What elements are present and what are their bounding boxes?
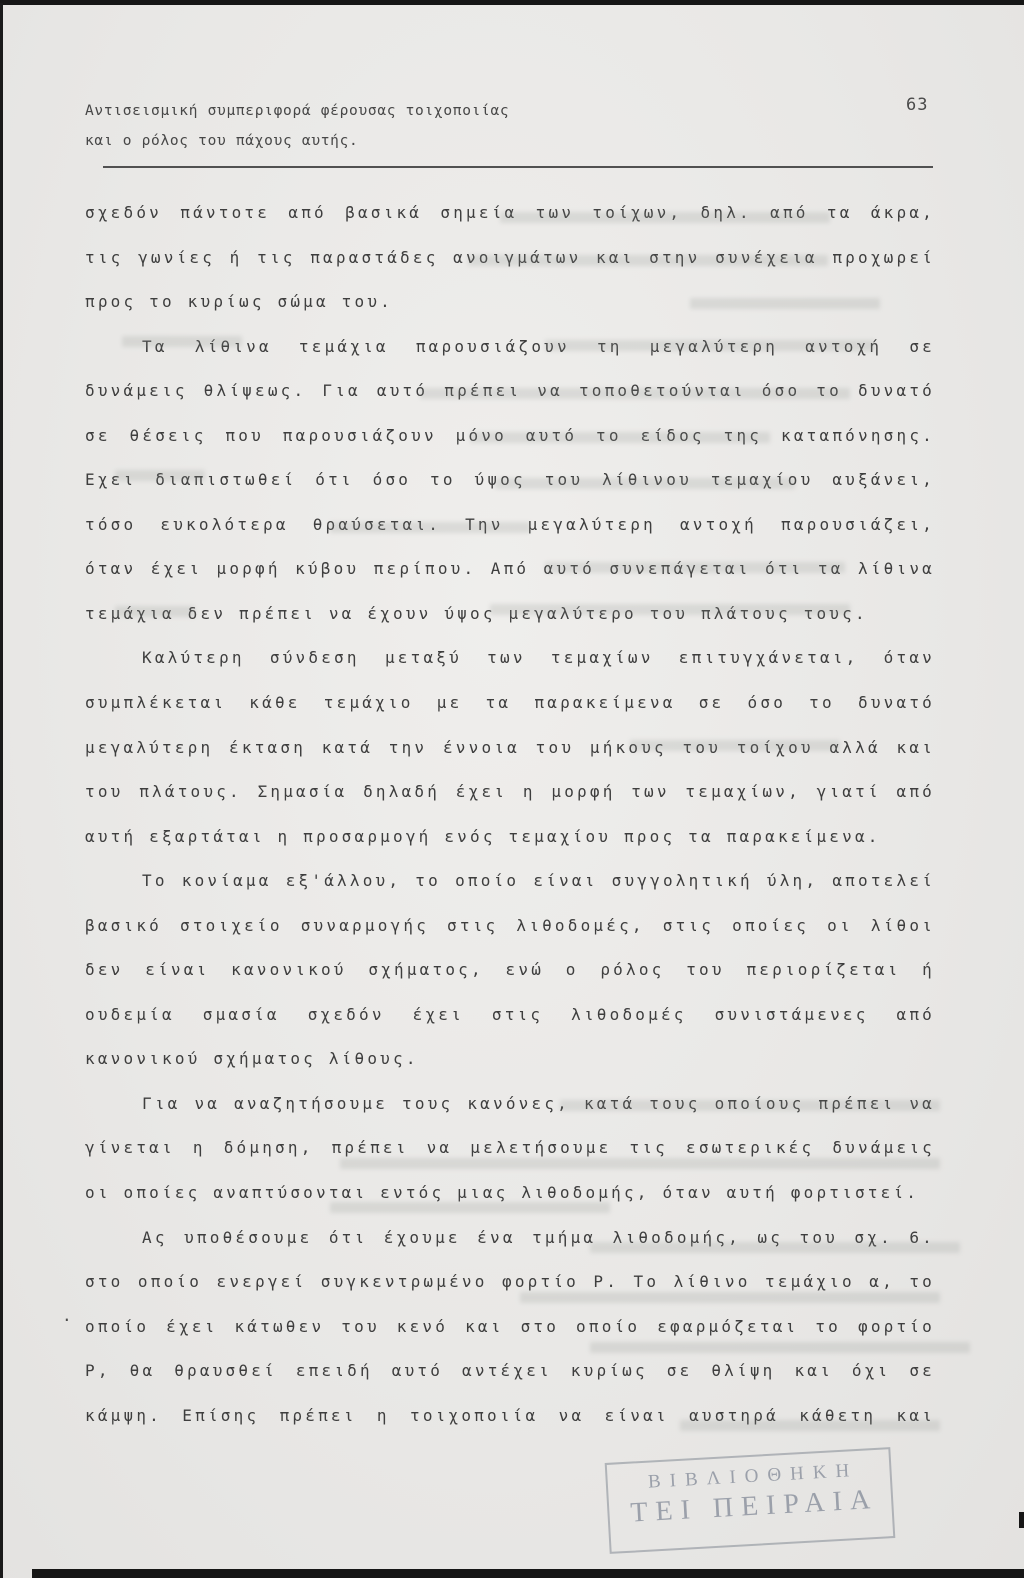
text-line: τόσο ευκολότερα θραύσεται. Την μεγαλύτερ… — [85, 503, 935, 548]
text-line: κάμψη. Επίσης πρέπει η τοιχοποιία να είν… — [85, 1394, 935, 1439]
stray-ink-mark: . — [62, 1306, 72, 1325]
scan-edge-top — [0, 0, 1024, 5]
text-line: δεν είναι κανονικού σχήματος, ενώ ο ρόλο… — [85, 948, 935, 993]
header-line-2: και ο ρόλος του πάχους αυτής. — [85, 126, 509, 156]
text-line: σε θέσεις που παρουσιάζουν μόνο αυτό το … — [85, 414, 935, 459]
text-line: τις γωνίες ή τις παραστάδες ανοιγμάτων κ… — [85, 236, 935, 281]
scan-edge-left — [0, 3, 3, 1578]
text-line: όταν έχει μορφή κύβου περίπου. Από αυτό … — [85, 547, 935, 592]
text-line: κανονικού σχήματος λίθους. — [85, 1037, 935, 1082]
text-line: Εχει διαπιστωθεί ότι όσο το ύψος του λίθ… — [85, 458, 935, 503]
text-line: σχεδόν πάντοτε από βασικά σημεία των τοί… — [85, 191, 935, 236]
text-line: συμπλέκεται κάθε τεμάχιο με τα παρακείμε… — [85, 681, 935, 726]
text-line: τεμάχια δεν πρέπει να έχουν ύψος μεγαλύτ… — [85, 592, 935, 637]
header-line-1: Αντισεισμική συμπεριφορά φέρουσας τοιχοπ… — [85, 96, 509, 126]
text-line: Ας υποθέσουμε ότι έχουμε ένα τμήμα λιθοδ… — [85, 1216, 935, 1261]
text-line: του πλάτους. Σημασία δηλαδή έχει η μορφή… — [85, 770, 935, 815]
text-line: στο οποίο ενεργεί συγκεντρωμένο φορτίο P… — [85, 1260, 935, 1305]
body-text: σχεδόν πάντοτε από βασικά σημεία των τοί… — [85, 191, 935, 1438]
text-line: Τα λίθινα τεμάχια παρουσιάζουν τη μεγαλύ… — [85, 325, 935, 370]
scan-edge-bottom — [32, 1569, 1024, 1578]
text-line: ουδεμία σμασία σχεδόν έχει στις λιθοδομέ… — [85, 993, 935, 1038]
scanned-document-page: Αντισεισμική συμπεριφορά φέρουσας τοιχοπ… — [0, 0, 1024, 1578]
text-line: γίνεται η δόμηση, πρέπει να μελετήσουμε … — [85, 1126, 935, 1171]
text-line: Για να αναζητήσουμε τους κανόνες, κατά τ… — [85, 1082, 935, 1127]
header-divider-rule — [103, 166, 933, 168]
text-line: βασικό στοιχείο συναρμογής στις λιθοδομέ… — [85, 904, 935, 949]
text-line: οποίο έχει κάτωθεν του κενό και στο οποί… — [85, 1305, 935, 1350]
text-line: P, θα θραυσθεί επειδή αυτό αντέχει κυρίω… — [85, 1349, 935, 1394]
text-line: μεγαλύτερη έκταση κατά την έννοια του μή… — [85, 726, 935, 771]
text-line: αυτή εξαρτάται η προσαρμογή ενός τεμαχίο… — [85, 815, 935, 860]
scan-edge-mark — [1019, 1512, 1024, 1528]
page-number: 63 — [906, 95, 928, 115]
running-header: Αντισεισμική συμπεριφορά φέρουσας τοιχοπ… — [85, 96, 509, 156]
text-line: δυνάμεις θλίψεως. Για αυτό πρέπει να τοπ… — [85, 369, 935, 414]
text-line: οι οποίες αναπτύσονται εντός μιας λιθοδο… — [85, 1171, 935, 1216]
text-line: Καλύτερη σύνδεση μεταξύ των τεμαχίων επι… — [85, 636, 935, 681]
text-line: προς το κυρίως σώμα του. — [85, 280, 935, 325]
library-stamp: ΒΙΒΛΙΟΘΗΚΗ ΤΕΙ ΠΕΙΡΑΙΑ — [605, 1447, 896, 1554]
text-line: Το κονίαμα εξ'άλλου, το οποίο είναι συγγ… — [85, 859, 935, 904]
